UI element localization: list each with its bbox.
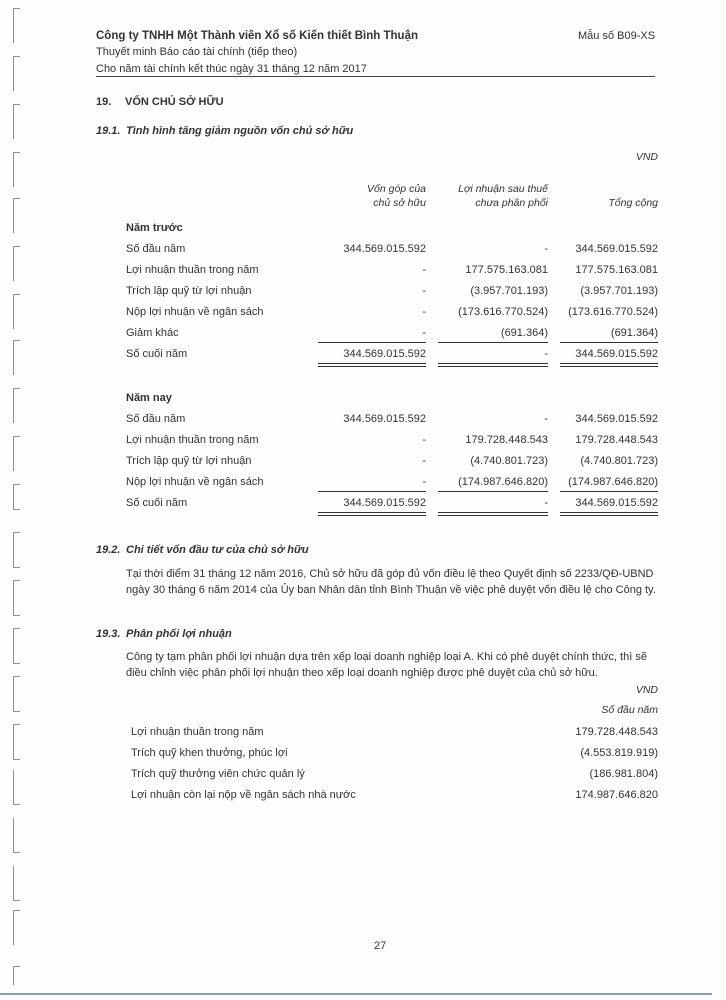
column-header-line: chưa phân phối [458,196,548,210]
table-cell: (691.364) [501,327,548,339]
table-cell: 344.569.015.592 [343,497,426,509]
table-cell: (3.957.701.193) [580,285,658,297]
table-cell: - [422,327,426,339]
table-cell: - [544,497,548,509]
table-cell: 344.569.015.592 [575,413,658,425]
table-cell: - [422,264,426,276]
table-cell: (186.981.804) [590,768,659,780]
total-double-rule [560,512,658,516]
binder-mark [13,56,20,91]
column-header-line: chủ sở hữu [367,196,426,210]
subtotal-rule [438,491,548,492]
table-cell: 177.575.163.081 [465,264,548,276]
binder-mark [13,866,20,901]
table-cell: - [422,285,426,297]
binder-mark [13,532,20,568]
paragraph-line: ngày 30 tháng 6 năm 2014 của Ủy ban Nhân… [126,582,666,598]
binder-mark [13,770,20,805]
subsection-19-2-title: 19.2.Chi tiết vốn đầu tư của chủ sở hữu [96,544,309,556]
subsection-number: 19.3. [96,628,126,640]
total-double-rule [438,363,548,367]
page-number: 27 [374,940,386,952]
subtotal-rule [560,342,658,343]
table-cell: - [422,476,426,488]
currency-unit: VND [636,151,658,163]
binder-mark [13,246,20,281]
subtotal-rule [318,491,426,492]
table-cell: - [422,434,426,446]
row-label: Trích quỹ khen thưởng, phúc lợi [131,747,288,759]
company-name: Công ty TNHH Một Thành viên Xổ số Kiến t… [96,30,418,42]
section-title: 19.VỐN CHỦ SỞ HỮU [96,96,224,108]
binder-mark [13,8,20,43]
column-header-opening-balance: Số đầu năm [601,704,658,716]
binder-mark [13,152,20,187]
subsection-number: 19.2. [96,544,126,556]
table-cell: (173.616.770.524) [458,306,548,318]
table-cell: - [544,413,548,425]
form-code: Mẫu số B09-XS [578,30,655,42]
reporting-period: Cho năm tài chính kết thúc ngày 31 tháng… [96,63,367,75]
row-label: Lợi nhuận thuần trong năm [126,434,259,446]
row-label: Nộp lợi nhuận về ngân sách [126,306,263,318]
subsection-heading: Tình hình tăng giảm nguồn vốn chủ sở hữu [126,125,353,137]
table-cell: (174.987.646.820) [568,476,658,488]
subsection-number: 19.1. [96,125,126,137]
header-divider [96,76,655,77]
binder-mark [13,580,20,616]
binder-mark [13,104,20,139]
table-cell: 179.728.448.543 [575,726,658,738]
table-cell: (3.957.701.193) [470,285,548,297]
subtotal-rule [438,342,548,343]
table-cell: 344.569.015.592 [575,497,658,509]
row-label: Số cuối năm [126,348,187,360]
table-cell: (4.553.819.919) [580,747,658,759]
binder-mark [13,818,20,853]
section-number: 19. [96,96,125,108]
group-label: Năm nay [126,392,172,404]
binder-mark [13,294,20,329]
table-cell: (4.740.801.723) [580,455,658,467]
table-cell: - [544,243,548,255]
table-cell: 344.569.015.592 [343,243,426,255]
currency-unit: VND [636,684,658,696]
scan-edge [0,993,712,995]
binder-mark [13,676,20,712]
row-label: Trích quỹ thưởng viên chức quản lý [131,768,305,780]
row-label: Trích lập quỹ từ lợi nhuận [126,285,251,297]
column-header-retained-earnings: Lợi nhuận sau thuế chưa phân phối [458,182,548,210]
table-cell: (174.987.646.820) [458,476,548,488]
subsection-19-1-title: 19.1.Tình hình tăng giảm nguồn vốn chủ s… [96,125,353,137]
total-double-rule [560,363,658,367]
binder-mark [13,340,20,375]
paragraph-line: điều chỉnh việc phân phối lợi nhuận theo… [126,665,666,681]
binder-mark [13,724,20,760]
table-cell: (4.740.801.723) [470,455,548,467]
group-label: Năm trước [126,222,183,234]
column-header-total: Tổng cộng [608,196,658,210]
column-header-line: Lợi nhuận sau thuế [458,182,548,196]
table-cell: 344.569.015.592 [343,413,426,425]
binder-mark [13,628,20,664]
paragraph-line: Công ty tạm phân phối lợi nhuận dựa trên… [126,649,666,665]
table-cell: - [422,455,426,467]
section-heading: VỐN CHỦ SỞ HỮU [125,96,224,108]
table-cell: 344.569.015.592 [575,348,658,360]
row-label: Lợi nhuận còn lại nộp về ngân sách nhà n… [131,789,356,801]
binder-mark [13,910,20,945]
binder-mark [13,966,20,985]
binder-mark [13,388,20,423]
subsection-19-2-paragraph: Tại thời điểm 31 tháng 12 năm 2016, Chủ … [126,566,666,598]
binder-mark [13,198,20,233]
document-subtitle: Thuyết minh Báo cáo tài chính (tiếp theo… [96,46,297,58]
column-header-owner-capital: Vốn góp của chủ sở hữu [367,182,426,210]
binder-mark [13,484,20,510]
subtotal-rule [318,342,426,343]
table-cell: 179.728.448.543 [575,434,658,446]
row-label: Số cuối năm [126,497,187,509]
row-label: Nộp lợi nhuận về ngân sách [126,476,263,488]
row-label: Lợi nhuận thuần trong năm [126,264,259,276]
subtotal-rule [560,491,658,492]
column-header-line: Vốn góp của [367,182,426,196]
row-label: Giảm khác [126,327,179,339]
table-cell: (173.616.770.524) [568,306,658,318]
row-label: Số đầu năm [126,413,185,425]
total-double-rule [438,512,548,516]
total-double-rule [318,512,426,516]
table-cell: - [422,306,426,318]
subsection-19-3-title: 19.3.Phân phối lợi nhuận [96,628,232,640]
row-label: Số đầu năm [126,243,185,255]
table-cell: (691.364) [611,327,658,339]
table-cell: 174.987.646.820 [575,789,658,801]
subsection-heading: Phân phối lợi nhuận [126,628,232,640]
total-double-rule [318,363,426,367]
row-label: Lợi nhuận thuần trong năm [131,726,264,738]
binder-mark [13,436,20,471]
table-cell: 179.728.448.543 [465,434,548,446]
subsection-heading: Chi tiết vốn đầu tư của chủ sở hữu [126,544,309,556]
row-label: Trích lập quỹ từ lợi nhuận [126,455,251,467]
table-cell: 344.569.015.592 [343,348,426,360]
table-cell: 177.575.163.081 [575,264,658,276]
table-cell: 344.569.015.592 [575,243,658,255]
table-cell: - [544,348,548,360]
paragraph-line: Tại thời điểm 31 tháng 12 năm 2016, Chủ … [126,566,666,582]
subsection-19-3-paragraph: Công ty tạm phân phối lợi nhuận dựa trên… [126,649,666,681]
